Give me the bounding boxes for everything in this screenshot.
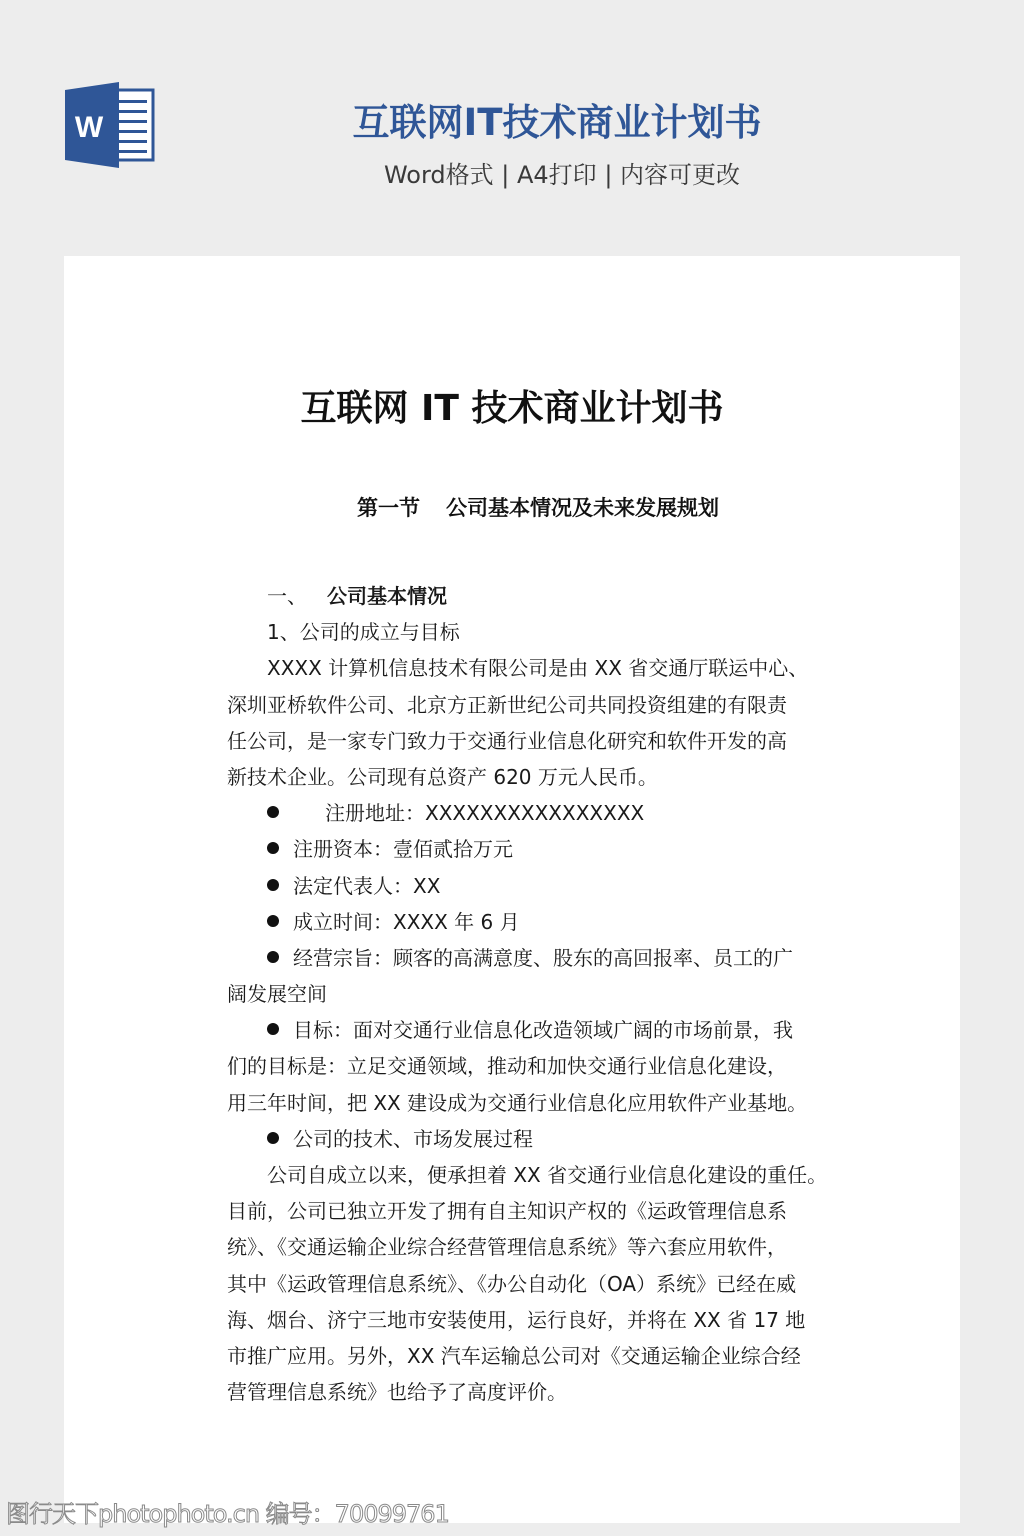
paragraph-line: 深圳亚桥软件公司、北京方正新世纪公司共同投资组建的有限责 [227, 687, 827, 723]
paragraph-line: 市推广应用。另外，XX 汽车运输总公司对《交通运输企业综合经 [227, 1338, 827, 1374]
bullet-item: 注册资本：壹佰贰拾万元 [227, 831, 827, 867]
banner-subtitle: Word格式 | A4打印 | 内容可更改 [0, 155, 1024, 190]
paragraph-line: XXXX 计算机信息技术有限公司是由 XX 省交通厅联运中心、 [227, 650, 827, 686]
paragraph-line: 新技术企业。公司现有总资产 620 万元人民币。 [227, 759, 827, 795]
section-name: 公司基本情况及未来发展规划 [446, 496, 719, 520]
bullet-icon [267, 842, 279, 854]
paragraph-line: 公司自成立以来，便承担着 XX 省交通行业信息化建设的重任。 [227, 1157, 827, 1193]
bullet-icon [267, 915, 279, 927]
section-title: 第一节公司基本情况及未来发展规划 [357, 492, 719, 522]
document-body: 一、公司基本情况 1、公司的成立与目标 XXXX 计算机信息技术有限公司是由 X… [227, 578, 827, 1410]
paragraph-line: 任公司，是一家专门致力于交通行业信息化研究和软件开发的高 [227, 723, 827, 759]
paragraph-line: 营管理信息系统》也给予了高度评价。 [227, 1374, 827, 1410]
heading-number: 一、 [267, 578, 327, 614]
section-number: 第一节 [357, 496, 420, 520]
bullet-icon [267, 1132, 279, 1144]
paragraph-line: 其中《运政管理信息系统》、《办公自动化（OA）系统》已经在威 [227, 1266, 827, 1302]
watermark: 图行天下photophoto.cn 编号：70099761 [6, 1494, 449, 1529]
bullet-icon [267, 1023, 279, 1035]
document-title: 互联网 IT 技术商业计划书 [0, 380, 1024, 431]
bullet-item: 经营宗旨：顾客的高满意度、股东的高回报率、员工的广 [227, 940, 827, 976]
bullet-continuation: 阔发展空间 [227, 976, 827, 1012]
subheading: 1、公司的成立与目标 [227, 614, 827, 650]
bullet-continuation: 用三年时间，把 XX 建设成为交通行业信息化应用软件产业基地。 [227, 1085, 827, 1121]
bullet-item: 法定代表人：XX [227, 868, 827, 904]
paragraph-line: 统》、《交通运输企业综合经营管理信息系统》等六套应用软件， [227, 1229, 827, 1265]
bullet-icon [267, 879, 279, 891]
paragraph-line: 目前，公司已独立开发了拥有自主知识产权的《运政管理信息系 [227, 1193, 827, 1229]
bullet-item: 公司的技术、市场发展过程 [227, 1121, 827, 1157]
bullet-item: 成立时间：XXXX 年 6 月 [227, 904, 827, 940]
banner-title: 互联网IT技术商业计划书 [0, 92, 1024, 146]
bullet-item: 目标：面对交通行业信息化改造领域广阔的市场前景，我 [227, 1012, 827, 1048]
heading-title: 公司基本情况 [327, 584, 447, 608]
bullet-icon [267, 951, 279, 963]
heading-1: 一、公司基本情况 [227, 578, 827, 614]
bullet-icon [267, 806, 279, 818]
bullet-continuation: 们的目标是：立足交通领域，推动和加快交通行业信息化建设， [227, 1048, 827, 1084]
bullet-item: 注册地址：XXXXXXXXXXXXXXXX [227, 795, 827, 831]
paragraph-line: 海、烟台、济宁三地市安装使用，运行良好，并将在 XX 省 17 地 [227, 1302, 827, 1338]
